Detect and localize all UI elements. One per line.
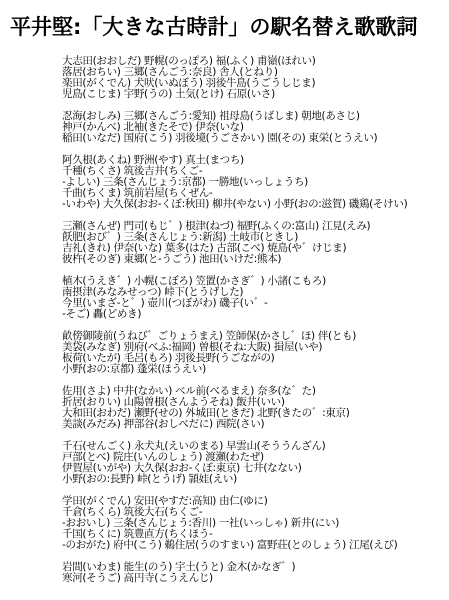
stanza: 植木(うえき゛) 小幌(こぼろ) 笠置(かさぎ゛) 小諸(こもろ)南摂津(みなみ… — [62, 276, 445, 320]
lyric-line: 小野(おの:京都) 蓬栄(ほうえい) — [62, 364, 445, 375]
lyric-line: 美談(みだみ) 押部谷(おしべだに) 西院(さい) — [62, 419, 445, 430]
lyrics-body: 大志田(おおしだ) 野幌(のっぽろ) 福(ふく) 甫嶺(ほれい)落居(おちい) … — [62, 56, 445, 584]
lyric-line: -そご) 轟(どめき) — [62, 309, 445, 320]
lyric-line: -のおがた) 府中(こう) 鵜住居(うのすまい) 富野荘(とのしょう) 江尾(え… — [62, 540, 445, 551]
stanza: 佐用(さよ) 中井(なかい) ベル前(べるまえ) 奈多(な゛た)折居(おりい) … — [62, 386, 445, 430]
stanza: 大志田(おおしだ) 野幌(のっぽろ) 福(ふく) 甫嶺(ほれい)落居(おちい) … — [62, 56, 445, 100]
lyric-line: 寒河(そうご) 高円寺(こうえんじ) — [62, 573, 445, 584]
lyric-line: 児島(こじま) 宇野(うの) 土気(とけ) 石原(いさ) — [62, 89, 445, 100]
document-page: 平井堅:「大きな古時計」の駅名替え歌歌詞 大志田(おおしだ) 野幌(のっぽろ) … — [0, 13, 449, 584]
page-title: 平井堅:「大きな古時計」の駅名替え歌歌詞 — [10, 13, 441, 41]
stanza: 畝傍御陵前(うねび゛ごりょうまえ) 笠師保(かさし゛ほ) 伴(とも)美袋(みなぎ… — [62, 331, 445, 375]
stanza: 千石(せんごく) 永犬丸(えいのまる) 早雲山(そううんざん)戸部(とべ) 院庄… — [62, 441, 445, 485]
stanza: 岩間(いわま) 能生(のう) 宇土(うと) 金木(かなぎ゛)寒河(そうご) 高円… — [62, 562, 445, 584]
stanza: 三瀬(さんぜ) 門司(もじ゛) 根津(ねづ) 福野(ふくの:富山) 江見(えみ)… — [62, 221, 445, 265]
stanza: 学田(がくでん) 安田(やすだ:高知) 由仁(ゆに)千倉(ちくら) 筑後大石(ち… — [62, 496, 445, 551]
lyric-line: 小野(おの:長野) 峠(とうげ) 頴娃(えい) — [62, 474, 445, 485]
stanza: 阿久根(あくね) 野洲(やす) 真土(まつち)千種(ちくさ) 筑後吉井(ちくご-… — [62, 155, 445, 210]
lyric-line: -いわや) 大久保(おお-くぼ:秋田) 柳井(やない) 小野(おの:滋賀) 磯鶏… — [62, 199, 445, 210]
stanza: 忍海(おしみ) 三郷(さんごう:愛知) 祖母島(うばしま) 朝地(あさじ)神戸(… — [62, 111, 445, 144]
lyric-line: 彼杵(そのぎ) 東郷(と-うごう) 池田(いけだ:熊本) — [62, 254, 445, 265]
lyric-line: 稲田(いなだ) 国府(こう) 羽後境(うごさかい) 園(その) 東栄(とうえい) — [62, 133, 445, 144]
